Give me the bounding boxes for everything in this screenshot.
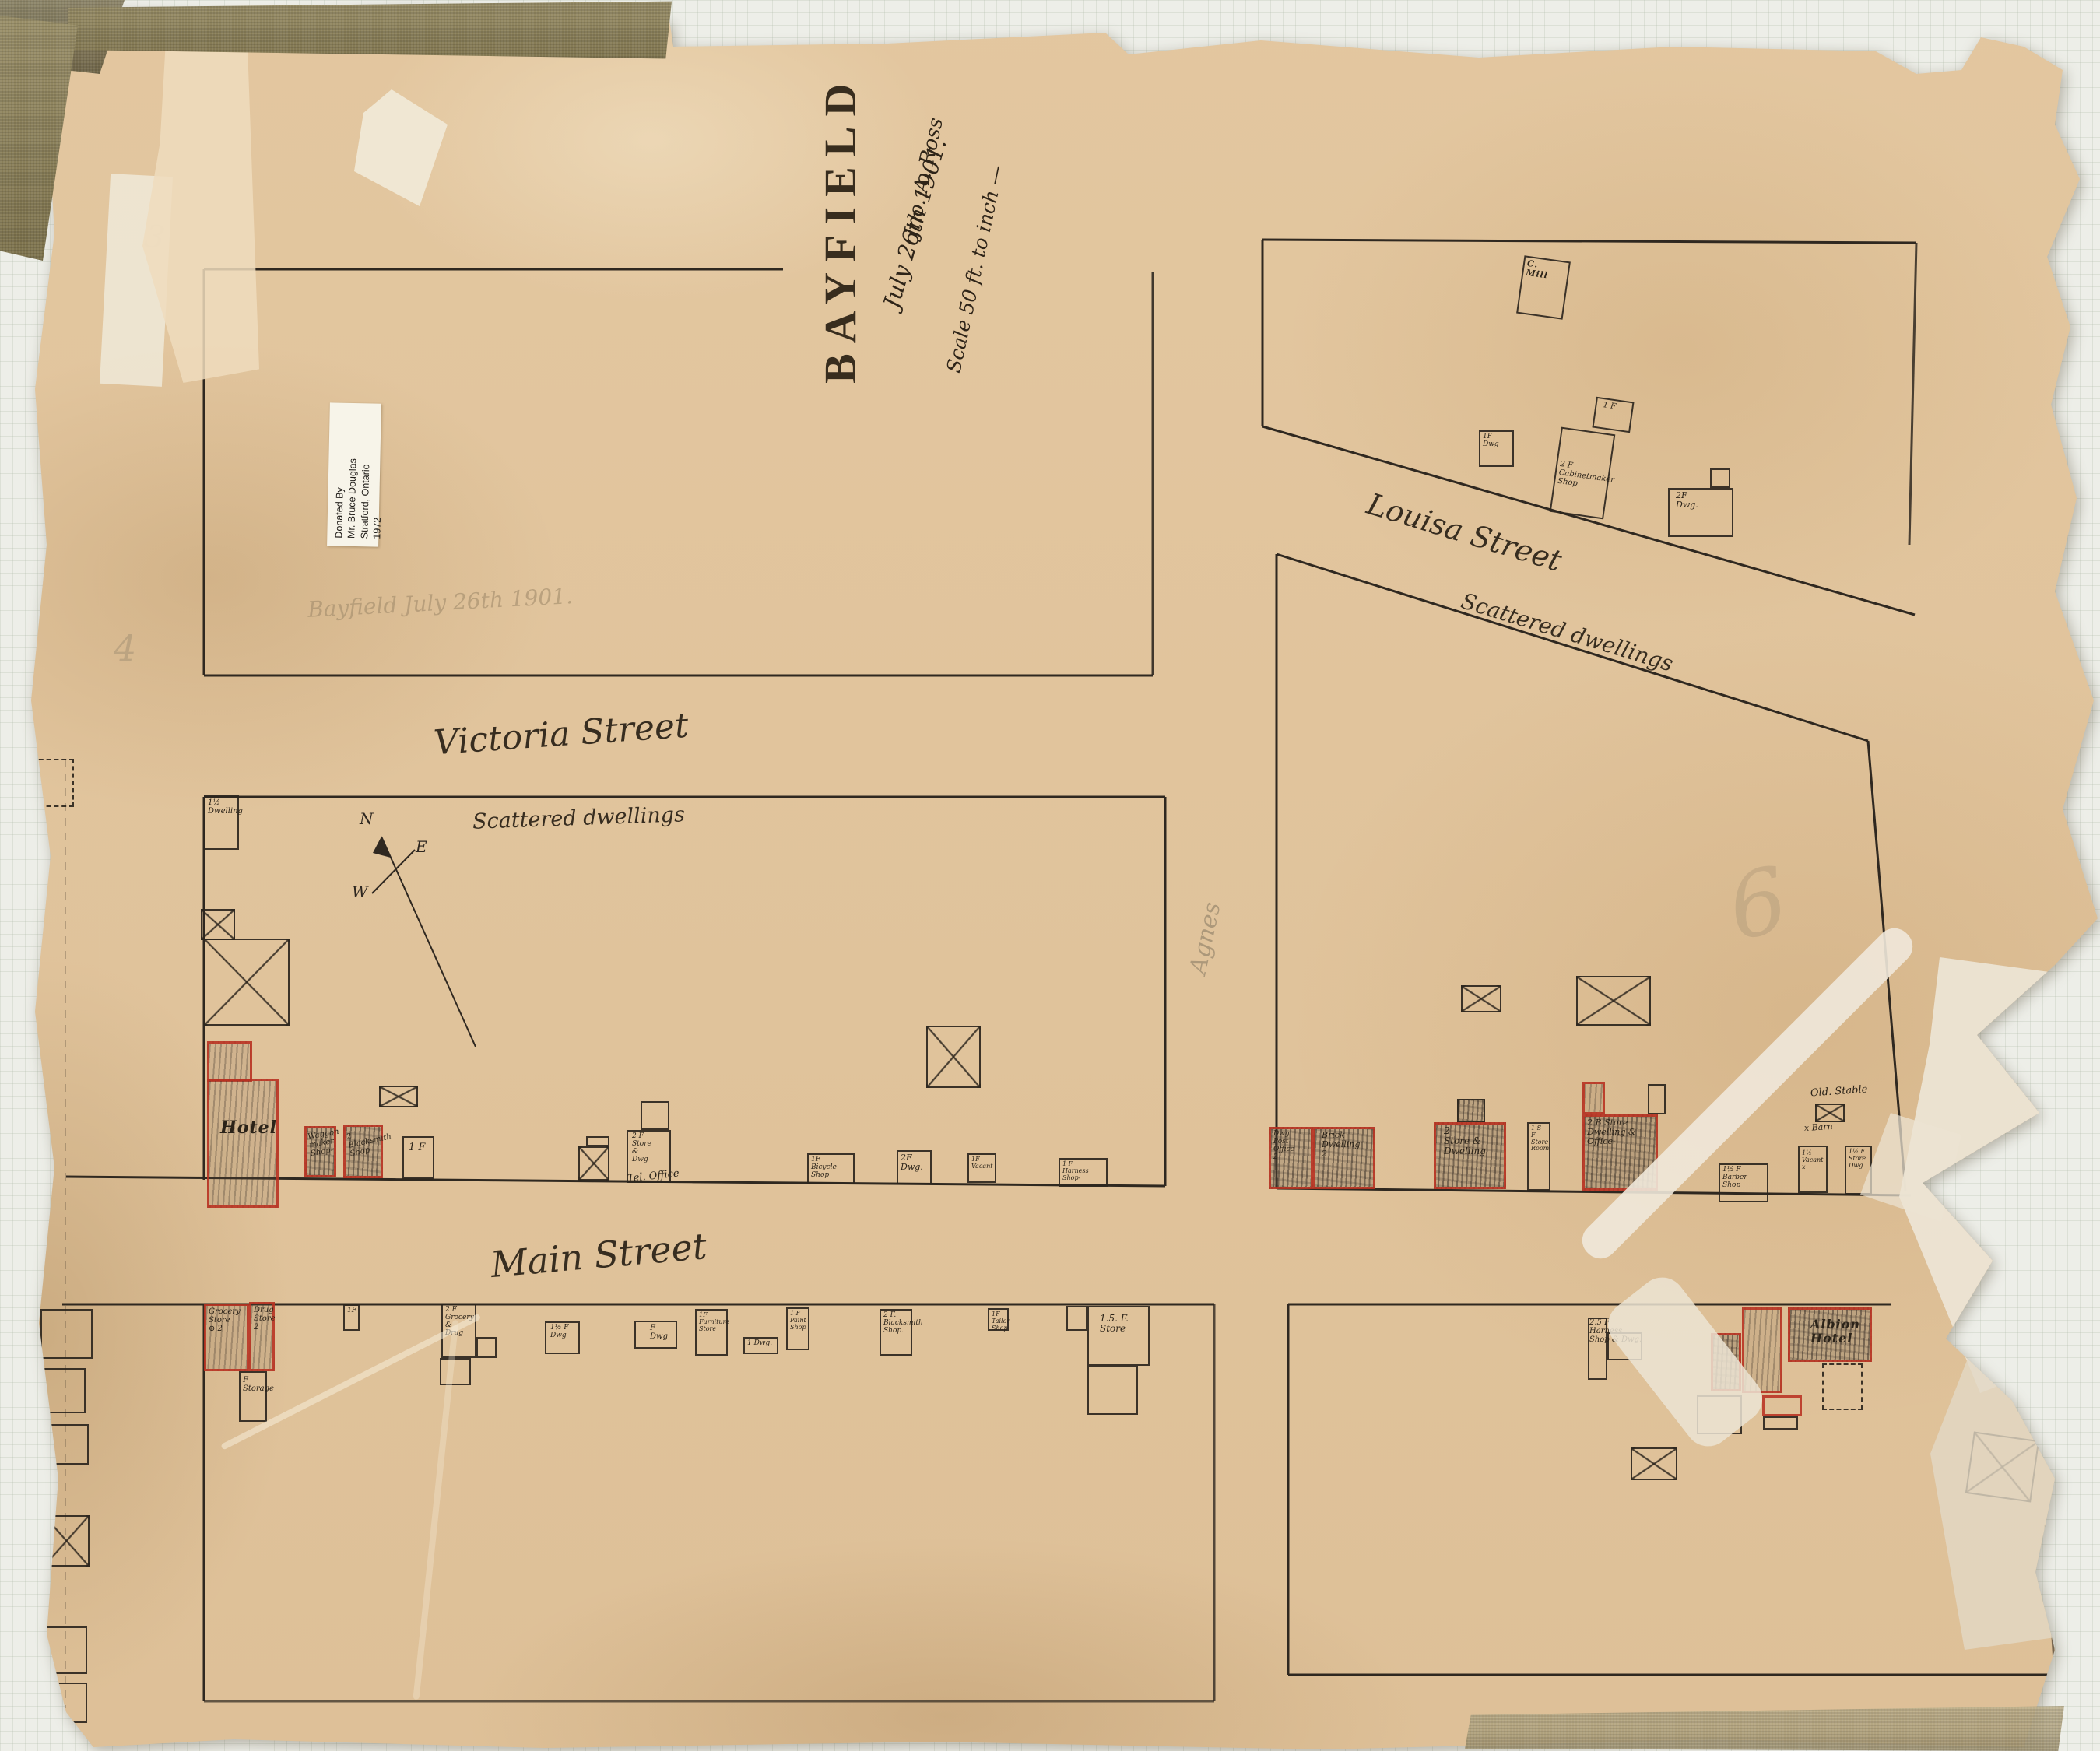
building-label: F Storage [243,1376,274,1393]
drug-store: Drug Store 2 [249,1302,275,1371]
dwg-post-office: Dwg Post Office 2 [1269,1127,1313,1189]
building-label: Hotel [220,1118,277,1137]
building-label: 1½ F Dwg [550,1325,569,1340]
vacant-1f: 1F Vacant [967,1153,996,1183]
map-paper: HotelWaggon maker Shop-2 Blacksmith Shop… [0,0,2100,1751]
building-label: 2 F Cabinetmaker Shop [1557,460,1617,493]
furniture-store: 1F Furniture Store [695,1309,728,1356]
grocery-store: Grocery Store ⊕ 2 [204,1304,249,1371]
cabinetmaker-shop: 2 F Cabinetmaker Shop [1550,427,1616,520]
barn-x-se [1631,1447,1677,1480]
building-label: 1F Furniture Store [699,1312,729,1332]
dwg-2f-ne-cap [1710,468,1730,488]
mill: C. Mill [1516,255,1571,320]
barn-x-r1 [1461,985,1501,1012]
building-label: 1F Bicycle Shop [811,1156,837,1180]
building-label: 2 B Store Dwelling & Office- [1587,1118,1636,1146]
building-label: 2 F Store & Dwg [632,1133,651,1164]
building-label: 2F Dwg. [901,1153,923,1172]
store-dwelling-cap [1457,1099,1485,1122]
building-label: 1 F Harness Shop- [1062,1161,1089,1181]
building-label: 1 F [1603,401,1617,411]
shed-x [379,1086,418,1107]
box-red-small [1762,1395,1802,1416]
store-dwelling: 2 Store & Dwelling [1434,1122,1506,1189]
scanned-map-page: { "palette":{"paper":"#e5c9a2","ink":"#2… [0,0,2100,1751]
building-label: Grocery Store ⊕ 2 [209,1307,241,1333]
building-label: 1F [347,1307,356,1315]
barn-x-r2 [1576,976,1651,1026]
hotel-wing [207,1041,252,1082]
dwg-1: 1 Dwg. [743,1337,778,1354]
blacksmith-shop: 2 Blacksmith Shop [343,1125,383,1178]
building-label: 1F Tailor Shop [992,1311,1010,1332]
albion-hotel: Albion Hotel [1788,1307,1872,1362]
paint-shop: 1 F Paint Shop [786,1307,809,1350]
compass-n-label: N [360,809,374,828]
margin-x [44,1515,90,1567]
donation-sticker: Donated By Mr. Bruce Douglas Stratford, … [327,402,381,546]
building-label: 1 S F Store Room [1531,1125,1549,1153]
building-label: 2F Dwg. [1676,491,1698,510]
store-cap [641,1101,669,1130]
barn-x-mid [926,1026,981,1088]
building-label: 1½ F Store Dwg [1849,1149,1866,1169]
map-title: BAYFIELD [808,74,872,385]
building-label: Albion Hotel [1810,1318,1860,1345]
dwelling-1half: 1½ Dwelling [204,795,239,850]
bicycle-shop: 1F Bicycle Shop [807,1153,855,1184]
one-f-small: 1F [343,1304,360,1331]
blacksmith-shop-2f: 2 F. Blacksmith Shop. [880,1309,912,1356]
shed-cap [586,1136,609,1146]
store-room: 1 S F Store Room [1527,1122,1550,1191]
tailor-shop: 1F Tailor Shop [988,1308,1009,1331]
building-label: 1 F [409,1142,425,1153]
box-red-small-rear [1763,1416,1798,1430]
building-label: Brick Dwelling 2 [1322,1131,1360,1159]
building-label: 2 Store & Dwelling [1444,1126,1486,1157]
waggon-maker-shop: Waggon maker Shop- [304,1126,336,1177]
store-15-notch [1066,1306,1087,1331]
barn-x-large [204,939,290,1026]
annotation-label: x Barn [1804,1122,1833,1133]
building-label: 2 F. Blacksmith Shop. [883,1312,923,1335]
building-label: 1.5. F. Store [1100,1314,1129,1334]
margin-3 [45,1424,89,1465]
margin-4 [46,1626,87,1674]
building-label: 1F Vacant [971,1156,992,1170]
building-label: 1½ Dwelling [208,798,243,816]
vacant-x: 1½ Vacant x [1798,1146,1828,1193]
old-stable-x [1815,1104,1845,1122]
building-label: Dwg Post Office 2 [1273,1131,1311,1162]
storage: F Storage [239,1371,267,1422]
one-f-shop: 1 F [402,1136,434,1179]
store-15: 1.5. F. Store [1087,1306,1150,1366]
building-label: F Dwg [650,1324,668,1341]
albion-rear-dashed [1822,1363,1863,1410]
building-footprints: HotelWaggon maker Shop-2 Blacksmith Shop… [0,0,2100,1751]
margin-1 [40,1309,93,1359]
dwg-1f-ne: 1F Dwg [1479,430,1514,467]
building-label: 1 F Paint Shop [790,1311,806,1331]
building-label: Waggon maker Shop- [307,1128,342,1159]
dwg-1half-f: 1½ F Dwg [545,1321,580,1354]
map-sheet-wrap: HotelWaggon maker Shop-2 Blacksmith Shop… [0,0,2100,1751]
map-title-text: BAYFIELD [814,74,866,384]
margin-2 [40,1368,86,1413]
building-label: 1½ F Barber Shop [1722,1167,1747,1190]
grocery-drug-wing [476,1337,497,1358]
margin-dashed [31,759,74,807]
building-label: Drug Store 2 [254,1306,276,1332]
compass-e-label: E [416,837,427,856]
building-label: 1 Dwg. [747,1340,772,1348]
pencil-mark: 4 [114,627,136,669]
compass-w-label: W [352,883,368,901]
building-label: C. Mill [1526,259,1550,281]
building-label: 1F Dwg [1483,433,1499,449]
b-store-cap [1648,1084,1666,1114]
dwg-f: F Dwg [634,1321,677,1349]
brick-dwelling: Brick Dwelling 2 [1313,1127,1375,1189]
dwg-2f-main: 2F Dwg. [897,1150,932,1184]
cabinet-cap: 1 F [1592,397,1634,433]
hotel: Hotel [207,1079,279,1208]
dwg-2f-ne: 2F Dwg. [1668,488,1733,537]
barber-shop: 1½ F Barber Shop [1719,1163,1768,1202]
barn-x-small [201,909,235,940]
store-15-rear [1087,1366,1138,1415]
shed-x2 [578,1146,609,1181]
margin-5 [45,1683,87,1723]
b-store-wing [1582,1082,1605,1114]
building-label: 2 Blacksmith Shop [346,1124,394,1158]
donation-sticker-text: Donated By Mr. Bruce Douglas Stratford, … [327,402,381,546]
grocery-drug-rear [440,1358,471,1385]
harness-shop-1f: 1 F Harness Shop- [1059,1158,1108,1187]
building-label: 1½ Vacant x [1802,1150,1823,1170]
